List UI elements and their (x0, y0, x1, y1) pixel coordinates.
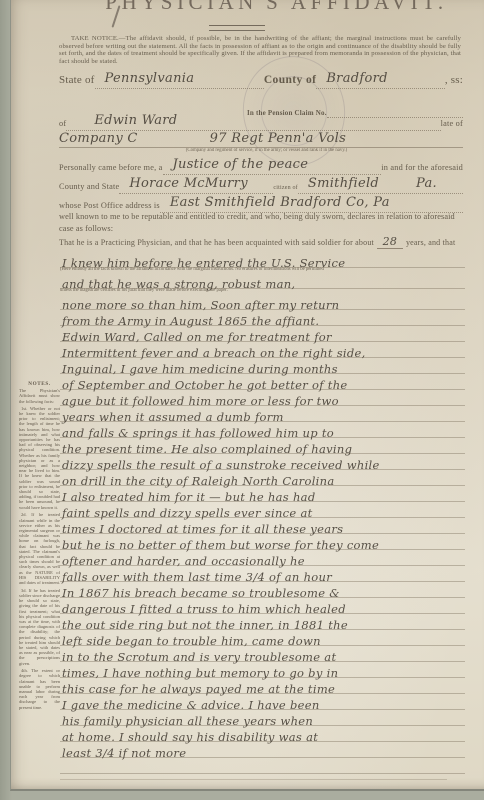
take-notice-lead: TAKE NOTICE. (71, 35, 119, 42)
company-regiment-rule: Company C 97 Regt Penn'a Vols (59, 131, 463, 148)
statement-line: but he is no better of them but worse fo… (60, 534, 465, 550)
state-label: State of (59, 74, 95, 87)
statement-line: of September and October he got better o… (60, 374, 465, 390)
state-county-line: State of Pennsylvania County of Bradford… (59, 68, 463, 87)
statement-line: left side began to trouble him, came dow… (60, 630, 465, 646)
residence-town: Smithfield (308, 176, 379, 191)
statement-text: and that he was a strong, robust man, (62, 277, 295, 291)
ss-suffix: , ss: (445, 74, 463, 87)
county-state-line: County and State Horace McMurry citizen … (59, 173, 463, 192)
company-hint: (Company and regiment of service, if in … (116, 148, 417, 153)
county-value: Bradford (316, 71, 445, 89)
statement-line: Inguinal, I gave him medicine during mon… (60, 358, 465, 374)
margin-notes-heading: NOTES. (19, 382, 60, 387)
statement-line: least 3/4 if not more (60, 742, 465, 758)
statement-line: from the Army in August 1865 the affiant… (60, 310, 465, 326)
physician-pre: That he is a Practicing Physician, and t… (59, 238, 374, 248)
statement-line: faint spells and dizzy spells ever since… (60, 502, 465, 518)
statement-line: years when it assumed a dumb form (60, 406, 465, 422)
trailing-blank-rule (60, 779, 447, 780)
aforesaid-label: in and for the aforesaid (381, 163, 463, 173)
statement-line: on drill in the city of Raleigh North Ca… (60, 470, 465, 486)
statement-line: ague but it followed him more or less fo… (60, 390, 465, 406)
statement-line: his family physician all these years whe… (60, 710, 465, 726)
statement-line: Edwin Ward, Called on me for treatment f… (60, 326, 465, 342)
statement-line (60, 758, 465, 774)
margin-note-item: 2d. If he treated claimant while in the … (19, 512, 60, 585)
statement-line: none more so than him, Soon after my ret… (60, 294, 465, 310)
statement-line: I gave the medicine & advice. I have bee… (60, 694, 465, 710)
statement-line: the present time. He also complained of … (60, 438, 465, 454)
affiant-name-line: of Edwin Ward late of (59, 110, 463, 129)
statement-line: dangerous I fitted a truss to him which … (60, 598, 465, 614)
margin-notes: NOTES. The Physician's Affidavit must sh… (19, 382, 60, 712)
statement-line: I knew him before he entered the U.S. Se… (60, 252, 465, 268)
take-notice-paragraph: TAKE NOTICE.—The affidavit should, if po… (59, 35, 461, 66)
years-value: 28 (377, 235, 403, 249)
late-of-label: late of (441, 119, 463, 129)
citizen-label: citizen of (273, 185, 298, 192)
company-value: Company C (59, 131, 138, 146)
statement-text: I knew him before he entered the U.S. Se… (62, 256, 345, 270)
statement-line: at home. I should say his disability was… (60, 726, 465, 742)
take-notice-body: —The affidavit should, if possible, be i… (59, 35, 461, 65)
statement-line: this case for he always payed me at the … (60, 678, 465, 694)
statement-line: in to the Scrotum and is very troublesom… (60, 646, 465, 662)
county-label: County of (264, 74, 316, 87)
statement-line: and falls & springs it has followed him … (60, 422, 465, 438)
came-before-label: Personally came before me, a (59, 163, 163, 173)
margin-notes-intro: The Physician's Affidavit must show the … (19, 388, 60, 404)
document-title: PHYSICIAN'S AFFIDAVIT. (11, 0, 484, 15)
affidavit-page: PHYSICIAN'S AFFIDAVIT. TAKE NOTICE.—The … (10, 0, 484, 791)
statement-area: I knew him before he entered the U.S. Se… (60, 252, 465, 774)
margin-notes-items: 1st. Whether or not he knew the soldier … (19, 406, 60, 710)
statement-line: Intermittent fever and a breach on the r… (60, 342, 465, 358)
title-divider (209, 25, 265, 31)
statement-line: dizzy spells the result of a sunstroke r… (60, 454, 465, 470)
company-regiment-line: Company C 97 Regt Penn'a Vols (59, 129, 463, 148)
statement-lines: none more so than him, Soon after my ret… (60, 294, 465, 774)
of-label: of (59, 119, 66, 129)
statement-line: the out side ring but not the inner, in … (60, 614, 465, 630)
statement-line: oftener and harder, and occasionally he (60, 550, 465, 566)
regiment-value: 97 Regt Penn'a Vols (210, 131, 346, 146)
came-before-line: Personally came before me, a Justice of … (59, 154, 463, 173)
statement-line: I also treated him for it — but he has h… (60, 486, 465, 502)
residence-state: Pa. (416, 176, 437, 191)
scanned-affidavit-screenshot: PHYSICIAN'S AFFIDAVIT. TAKE NOTICE.—The … (0, 0, 484, 800)
physician-line: That he is a Practicing Physician, and t… (59, 234, 463, 248)
county-state-label: County and State (59, 182, 119, 192)
margin-note-item: 4th. The extent or degree to which claim… (19, 668, 60, 710)
statement-line: times, I have nothing but memory to go b… (60, 662, 465, 678)
statement-line: times I doctored at times for it all the… (60, 518, 465, 534)
statement-line: In 1867 his breach became so troublesome… (60, 582, 465, 598)
statement-line: falls over with them last time 3/4 of an… (60, 566, 465, 582)
post-office-line: whose Post Office address is East Smithf… (59, 192, 463, 211)
physician-post: years, and that (406, 238, 455, 248)
margin-note-item: 3d. If he has treated soldier since disc… (19, 588, 60, 666)
state-value: Pennsylvania (95, 71, 264, 89)
statement-line: and that he was a strong, robust man, (60, 273, 465, 289)
po-label: whose Post Office address is (59, 201, 160, 211)
margin-note-item: 1st. Whether or not he knew the soldier … (19, 406, 60, 510)
reputable-paragraph: well known to me to be reputable and ent… (59, 211, 461, 235)
